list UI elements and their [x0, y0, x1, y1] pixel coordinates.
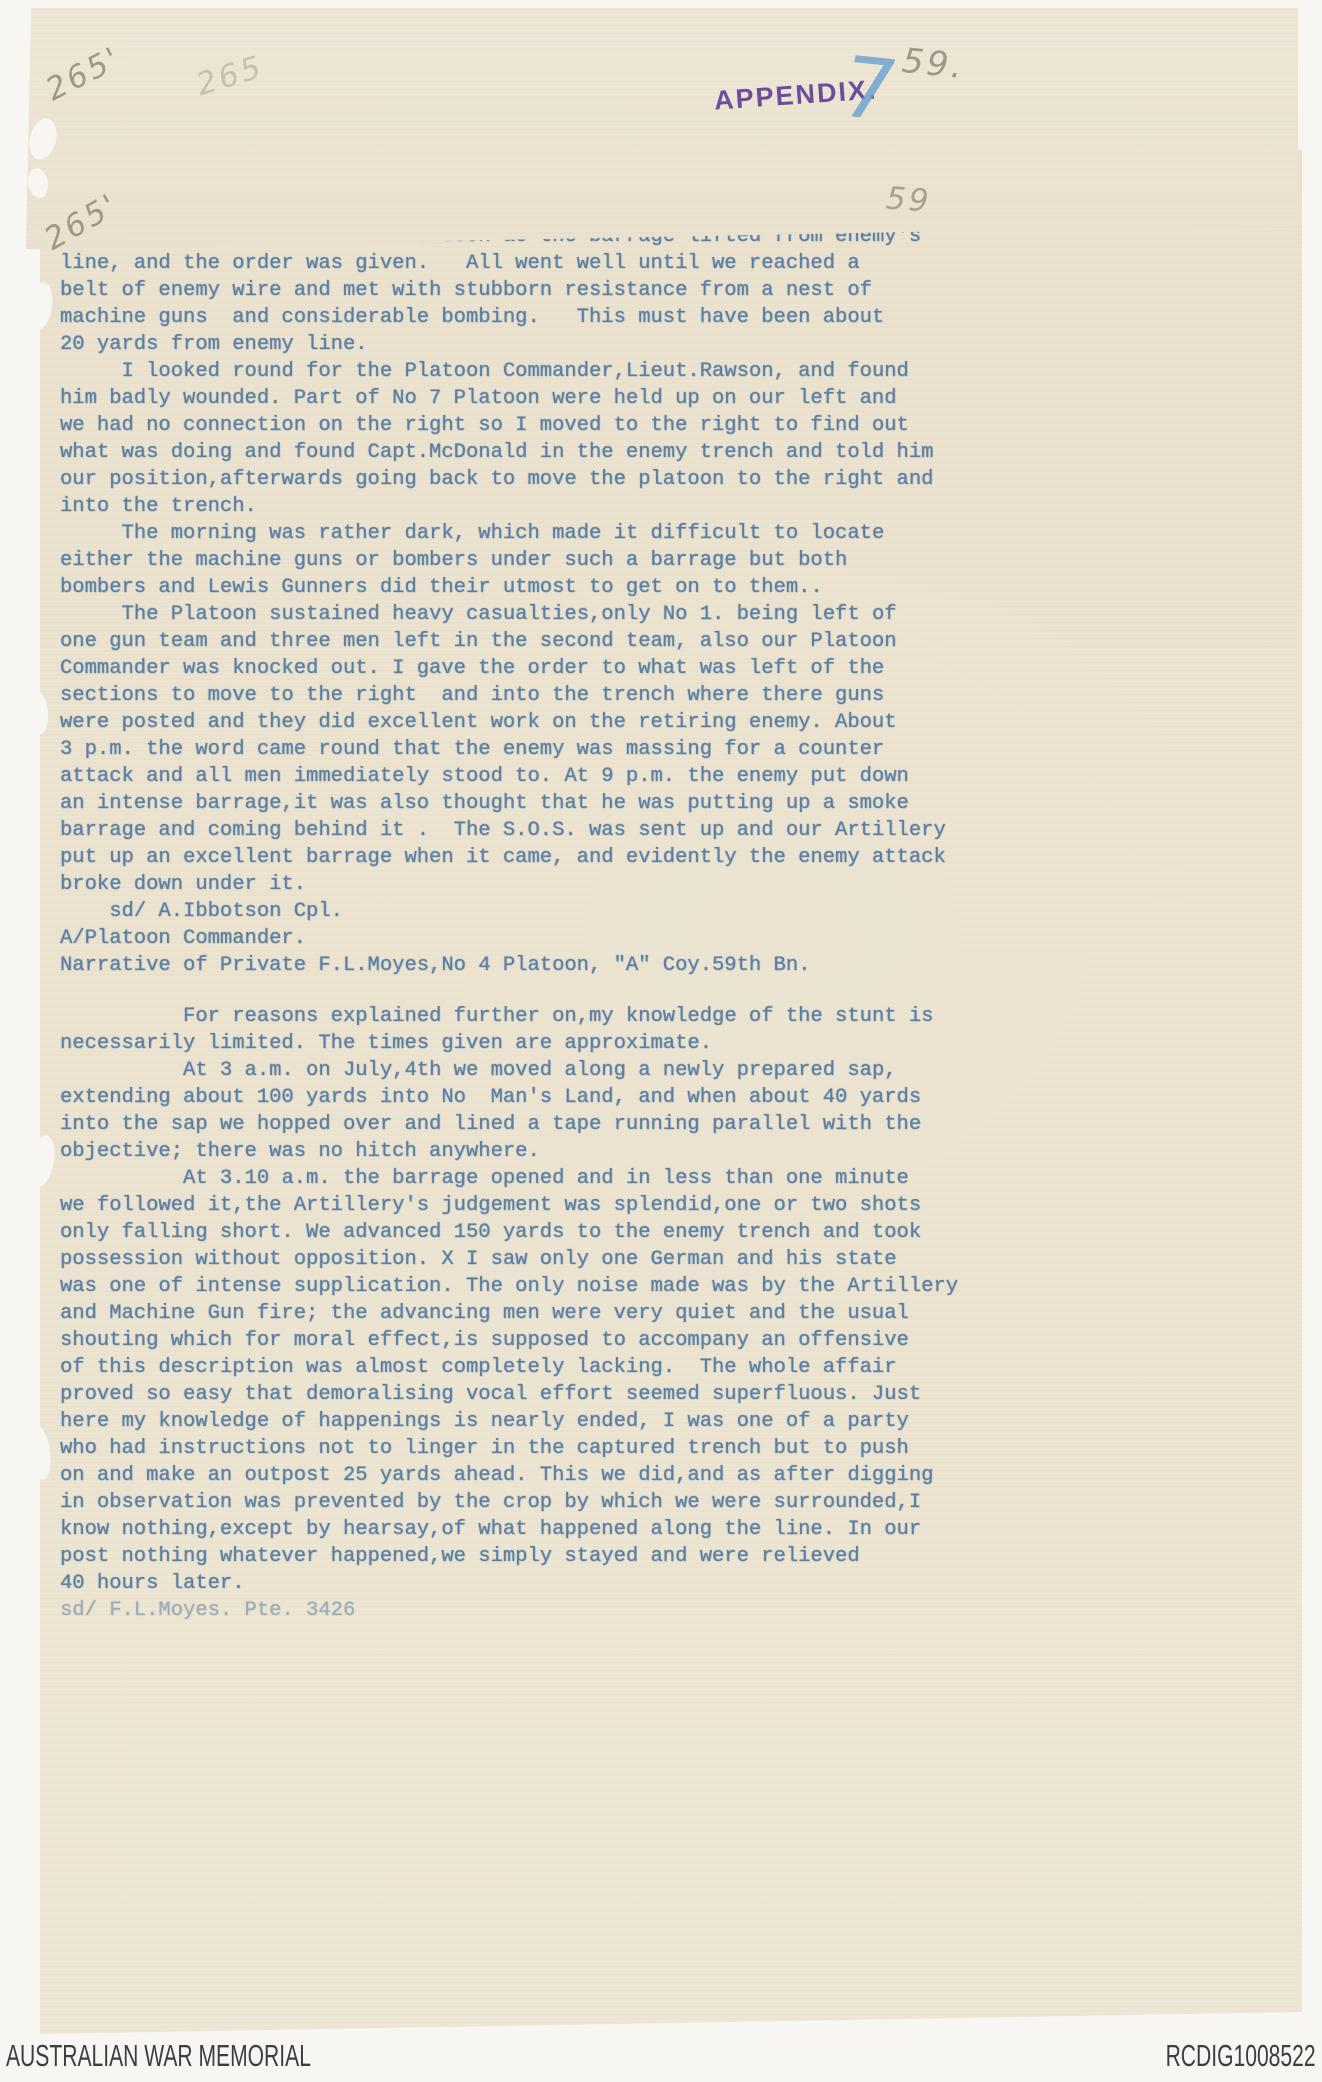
top-page-sheet	[26, 8, 1298, 254]
narrative1-signature: sd/ A.Ibbotson Cpl. A/Platoon Commander.	[60, 898, 1220, 952]
footer-bar: AUSTRALIAN WAR MEMORIAL RCDIG1008522	[0, 2026, 1322, 2082]
document-scan: 59th BATTALION A.I.F. Narrative of Corpo…	[0, 0, 1322, 2082]
narrative1-para3: The morning was rather dark, which made …	[60, 520, 1220, 601]
narrative1-para2: I looked round for the Platoon Commander…	[60, 358, 1220, 520]
typed-content: 59th BATTALION A.I.F. Narrative of Corpo…	[60, 140, 1220, 1624]
catalog-id-label: RCDIG1008522	[1166, 2038, 1316, 2074]
pencil-note-59-top: 59.	[900, 41, 967, 87]
narrative1-para4: The Platoon sustained heavy casualties,o…	[60, 601, 1220, 898]
narrative2-signature: sd/ F.L.Moyes. Pte. 3426	[60, 1597, 1220, 1624]
awm-credit-label: AUSTRALIAN WAR MEMORIAL	[6, 2038, 311, 2074]
narrative2-para1: For reasons explained further on,my know…	[60, 1003, 1220, 1057]
pencil-note-59-page: 59	[885, 180, 933, 219]
narrative2-para3: At 3.10 a.m. the barrage opened and in l…	[60, 1165, 1220, 1597]
narrative2-heading: Narrative of Private F.L.Moyes,No 4 Plat…	[60, 952, 1220, 979]
paper-texture	[26, 8, 1298, 254]
narrative2-para2: At 3 a.m. on July,4th we moved along a n…	[60, 1057, 1220, 1165]
